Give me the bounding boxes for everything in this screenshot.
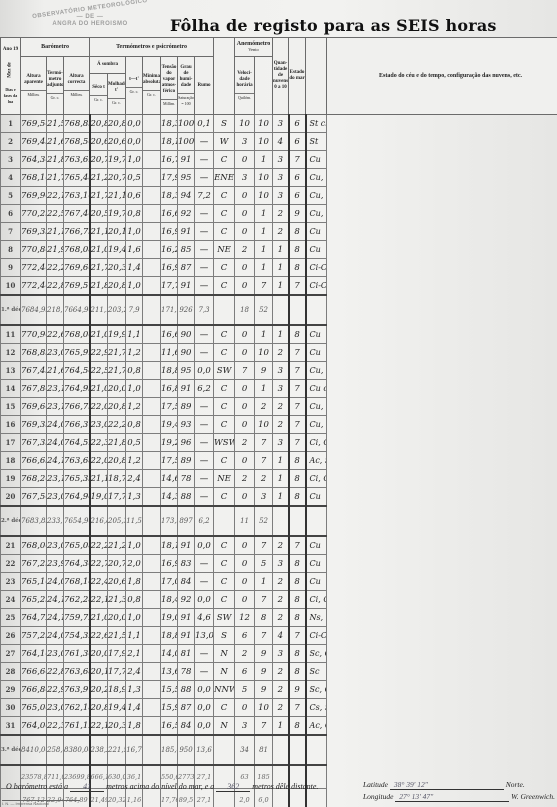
cell-termometro-adjunto: 21,5 [47, 115, 64, 133]
header-termometros: Termómetros e psicrómetro [90, 38, 214, 57]
header-altura-correcta-text: Altura correcta [68, 74, 86, 85]
cell-molhado: 20,3 [108, 259, 126, 277]
table-row: 11770,9022,6768,0021,019,91,116,690—C011… [1, 325, 557, 344]
cell-rumo: C [214, 277, 235, 296]
header-grau-humidade-text: Grau de humi-dade [180, 65, 193, 88]
header-t-diff-text: t—t' [129, 77, 139, 82]
cell-estado-ceu: Cu [306, 536, 327, 555]
cell-chuva: 0,0 [195, 591, 214, 609]
cell-chuva: 0,0 [195, 699, 214, 717]
cell-humidade: 78 [178, 663, 195, 681]
cell-t-diff: 1,8 [126, 573, 143, 591]
table-row: 20767,5023,0764,9419,017,71,314,388—C031… [1, 488, 557, 507]
cell-estado-mar: 1 [273, 470, 289, 488]
cell-visibilidade: 8 [289, 259, 306, 277]
cell-t-diff: 1,4 [126, 699, 143, 717]
longitude-label: Longitude [363, 792, 393, 801]
cell-altura-correcta: 767,46 [64, 205, 90, 223]
cell-day: 4 [1, 169, 21, 187]
cell-seco: 20,1 [90, 663, 108, 681]
cell-seco: 21,1 [90, 223, 108, 241]
cell-altura-aparente: 7684,95 [21, 295, 47, 325]
cell-estado-ceu: Ci, Cu [306, 470, 327, 488]
header-ano-mez: Ano 19 Mez de Dias e fases da lua [1, 38, 21, 115]
cell-estado-mar: 3 [273, 115, 289, 133]
cell-minima [143, 259, 161, 277]
unit-gr-c: Gr. c. [108, 98, 125, 106]
cell-termometro-adjunto: 23,0 [47, 488, 64, 507]
cell-day: 20 [1, 488, 21, 507]
cell-tensao: 14,3 [161, 488, 178, 507]
cell-termometro-adjunto: 21,9 [47, 241, 64, 259]
cell-humidade: 100 [178, 133, 195, 151]
cell-estado-mar: 1 [273, 452, 289, 470]
cell-day: 7 [1, 223, 21, 241]
cell-tensao: 17,0 [161, 573, 178, 591]
cell-nuvens: 7 [255, 536, 273, 555]
cell-visibilidade: 8 [289, 555, 306, 573]
cell-seco: 22,7 [90, 555, 108, 573]
cell-altura-correcta: 768,50 [64, 133, 90, 151]
cell-tensao: 14,0 [161, 645, 178, 663]
header-grau-humidade: Grau de humi-dadeSaturação = 100 [178, 57, 195, 115]
cell-chuva: 6,2 [195, 380, 214, 398]
cell-nuvens: 7 [255, 717, 273, 736]
unit-gr-c: Gr. c. [126, 87, 142, 95]
table-row: 30765,0023,0762,1820,819,41,415,9870,0C0… [1, 699, 557, 717]
register-table: Ano 19 Mez de Dias e fases da lua Baróme… [0, 37, 557, 807]
unit-gr-c: Gr. c. [47, 93, 63, 101]
unit-gr-c: Gr. c. [143, 90, 160, 98]
cell-nuvens: 5 [255, 555, 273, 573]
cell-molhado: 18,7 [108, 470, 126, 488]
cell-velocidade: 0 [235, 452, 255, 470]
header-minima-text: Mínima absoluta [143, 74, 161, 85]
cell-estado-ceu: Ci, Cu, St [306, 434, 327, 452]
cell-rumo: S [214, 115, 235, 133]
barometer-note: O barómetro está a 41 metros acima do ní… [6, 782, 318, 792]
cell-visibilidade [289, 295, 306, 325]
cell-velocidade: 0 [235, 259, 255, 277]
cell-velocidade: 0 [235, 380, 255, 398]
cell-estado-ceu: Ac, Cu, chuva fraca às 22h 30m [306, 717, 327, 736]
cell-t-diff: 1,1 [126, 627, 143, 645]
cell-rumo: C [214, 151, 235, 169]
cell-velocidade: 0 [235, 555, 255, 573]
cell-molhado: 18,9 [108, 681, 126, 699]
cell-humidade: 84 [178, 717, 195, 736]
cell-molhado: 21,5 [108, 627, 126, 645]
cell-rumo: C [214, 555, 235, 573]
cell-velocidade: 0 [235, 151, 255, 169]
cell-rumo [214, 295, 235, 325]
cell-visibilidade: 8 [289, 609, 306, 627]
cell-termometro-adjunto: 24,1 [47, 591, 64, 609]
page-title: Fôlha de registo para as SEIS horas [170, 16, 497, 35]
cell-nuvens: 7 [255, 434, 273, 452]
cell-humidade: 90 [178, 344, 195, 362]
cell-altura-aparente: 769,90 [21, 187, 47, 205]
cell-t-diff: 0,8 [126, 591, 143, 609]
cell-chuva: — [195, 259, 214, 277]
cell-minima [143, 416, 161, 434]
cell-estado-ceu: Cs, Sc, St — Chuvisco fraco de chuva às … [306, 699, 327, 717]
cell-altura-correcta: 764,54 [64, 362, 90, 380]
cell-day: 6 [1, 205, 21, 223]
unit-millim: Millim. [21, 90, 46, 98]
cell-estado-ceu: Cu, St [306, 416, 327, 434]
cell-altura-correcta: 762,18 [64, 699, 90, 717]
header-velocidade: Veloci-dade horáriaQuilóm. [235, 57, 255, 115]
cell-day: 10 [1, 277, 21, 296]
cell-estado-mar: 2 [273, 681, 289, 699]
cell-estado-mar: 1 [273, 488, 289, 507]
cell-rumo: C [214, 344, 235, 362]
latitude-value: 38° 39' 12" [390, 780, 504, 790]
cell-tensao: 16,8 [161, 380, 178, 398]
table-row: 16769,3524,0766,3723,022,20,819,493—C010… [1, 416, 557, 434]
cell-t-diff: 1,0 [126, 223, 143, 241]
cell-humidade: 81 [178, 645, 195, 663]
cell-chuva: 7,2 [195, 187, 214, 205]
cell-visibilidade: 7 [289, 344, 306, 362]
cell-t-diff: 1,2 [126, 398, 143, 416]
cell-altura-correcta: 764,59 [64, 434, 90, 452]
cell-humidade: 88 [178, 681, 195, 699]
cell-chuva: — [195, 241, 214, 259]
cell-seco: 22,5 [90, 362, 108, 380]
cell-estado-mar: 3 [273, 169, 289, 187]
cell-humidade: 84 [178, 573, 195, 591]
cell-altura-correcta: 759,72 [64, 609, 90, 627]
header-vento: Vento [235, 47, 272, 53]
table-row: 24765,2524,1762,2822,121,30,818,4920,0C0… [1, 591, 557, 609]
cell-t-diff: 1,2 [126, 344, 143, 362]
cell-estado-mar: 1 [273, 241, 289, 259]
cell-altura-correcta: 8380,06 [64, 735, 90, 765]
cell-day: 31 [1, 717, 21, 736]
cell-altura-aparente: 770,90 [21, 325, 47, 344]
cell-altura-aparente: 769,50 [21, 115, 47, 133]
cell-nuvens: 1 [255, 223, 273, 241]
cell-estado-ceu: Cu [306, 555, 327, 573]
cell-estado-ceu: Cu [306, 325, 327, 344]
cell-altura-aparente: 767,50 [21, 488, 47, 507]
cell-seco: 22,2 [90, 536, 108, 555]
cell-seco: 20,8 [90, 115, 108, 133]
cell-estado-ceu: Cu [306, 488, 327, 507]
cell-chuva: — [195, 151, 214, 169]
cell-altura-aparente: 766,65 [21, 452, 47, 470]
header-t-diff: t—t'Gr. c. [126, 57, 143, 115]
header-barometro: Barómetro [21, 38, 90, 57]
cell-estado-mar: 2 [273, 573, 289, 591]
cell-altura-correcta: 766,75 [64, 398, 90, 416]
cell-velocidade: 3 [235, 133, 255, 151]
cell-rumo: C [214, 452, 235, 470]
cell-seco: 20,5 [90, 205, 108, 223]
cell-minima [143, 591, 161, 609]
unit-millim: Millim. [64, 90, 89, 98]
cell-altura-aparente: 765,10 [21, 573, 47, 591]
cell-altura-correcta: 762,28 [64, 591, 90, 609]
header-altura-aparente: Altura aparenteMillim. [21, 57, 47, 115]
cell-altura-correcta: 764,94 [64, 488, 90, 507]
cell-altura-aparente: 765,00 [21, 699, 47, 717]
header-altura-aparente-text: Altura aparente [24, 74, 43, 85]
cell-altura-aparente: 772,40 [21, 259, 47, 277]
cell-seco: 20,2 [90, 681, 108, 699]
header-tensao-text: Tensão do vapor atmos-férico [162, 65, 177, 94]
cell-day: 21 [1, 536, 21, 555]
cell-altura-correcta: 769,57 [64, 277, 90, 296]
cell-chuva: — [195, 169, 214, 187]
cell-rumo: C [214, 536, 235, 555]
cell-seco: 22,6 [90, 627, 108, 645]
cell-velocidade: 0 [235, 699, 255, 717]
cell-estado-mar: 2 [273, 398, 289, 416]
cell-nuvens: 9 [255, 663, 273, 681]
cell-estado-ceu: Sc, Cu [306, 645, 327, 663]
cell-minima [143, 187, 161, 205]
cell-estado-ceu: Cu chuva moderada continuada de 1h às 2h [306, 380, 327, 398]
cell-t-diff: 1,0 [126, 151, 143, 169]
cell-visibilidade: 7 [289, 434, 306, 452]
cell-chuva: — [195, 645, 214, 663]
cell-minima [143, 151, 161, 169]
cell-molhado: 20,6 [108, 133, 126, 151]
cell-estado-mar: 3 [273, 362, 289, 380]
cell-altura-correcta: 763,68 [64, 452, 90, 470]
cell-chuva: — [195, 223, 214, 241]
cell-molhado: 20,8 [108, 115, 126, 133]
cell-chuva: — [195, 573, 214, 591]
cell-seco: 20,7 [90, 151, 108, 169]
cell-altura-correcta: 765,08 [64, 536, 90, 555]
cell-estado-mar: 2 [273, 416, 289, 434]
cell-t-diff: 1,3 [126, 681, 143, 699]
table-row: 18766,6524,1763,6822,020,81,217,589—C071… [1, 452, 557, 470]
cell-t-diff: 0,8 [126, 205, 143, 223]
cell-visibilidade: 8 [289, 241, 306, 259]
cell-termometro-adjunto: 21,1 [47, 223, 64, 241]
cell-altura-correcta: 761,12 [64, 717, 90, 736]
cell-nuvens: 10 [255, 344, 273, 362]
cell-termometro-adjunto: 22,3 [47, 717, 64, 736]
cell-humidade: 91 [178, 223, 195, 241]
cell-humidade: 95 [178, 169, 195, 187]
cell-altura-aparente: 764,10 [21, 645, 47, 663]
cell-rumo: N [214, 717, 235, 736]
header-chuva: Chuva das 18 horas véspera ás 6 horas [214, 38, 235, 115]
cell-molhado: 21,1 [108, 187, 126, 205]
cell-termometro-adjunto: 24,0 [47, 434, 64, 452]
observatory-stamp: OBSERVATÓRIO METEOROLÓGICO — DE — ANGRA … [30, 2, 150, 38]
cell-molhado: 205,3 [108, 506, 126, 536]
cell-velocidade: 2 [235, 434, 255, 452]
cell-minima [143, 506, 161, 536]
cell-estado-mar: 3 [273, 380, 289, 398]
cell-termometro-adjunto: 23,0 [47, 645, 64, 663]
cell-humidade: 100 [178, 115, 195, 133]
cell-velocidade: 0 [235, 277, 255, 296]
cell-day: 2.ª década [1, 506, 21, 536]
cell-estado-mar: 2 [273, 591, 289, 609]
cell-humidade: 92 [178, 205, 195, 223]
cell-humidade: 91 [178, 609, 195, 627]
cell-visibilidade: 8 [289, 488, 306, 507]
cell-rumo: C [214, 380, 235, 398]
header-estado-mar: Estado do mar [289, 38, 306, 115]
cell-day: 5 [1, 187, 21, 205]
cell-molhado: 20,8 [108, 452, 126, 470]
cell-tensao: 173,3 [161, 506, 178, 536]
cell-tensao: 18,8 [161, 362, 178, 380]
header-molhado: Molhado t'Gr. c. [108, 74, 126, 115]
cell-seco: 21,7 [90, 187, 108, 205]
cell-molhado: 21,2 [108, 536, 126, 555]
cell-humidade: 91 [178, 536, 195, 555]
cell-t-diff: 1,3 [126, 488, 143, 507]
cell-estado-ceu [306, 506, 327, 536]
cell-altura-aparente: 770,25 [21, 205, 47, 223]
cell-minima [143, 241, 161, 259]
cell-humidade: 96 [178, 434, 195, 452]
cell-rumo: C [214, 591, 235, 609]
cell-rumo: NNW [214, 681, 235, 699]
header-velocidade-text: Veloci-dade horária [236, 71, 252, 88]
register-sheet: OBSERVATÓRIO METEOROLÓGICO — DE — ANGRA … [0, 0, 557, 807]
cell-visibilidade: 7 [289, 699, 306, 717]
barometer-mid: metros acima do nível do mar, e a [106, 782, 214, 791]
cell-humidade: 91 [178, 277, 195, 296]
cell-t-diff: 0,5 [126, 169, 143, 187]
cell-termometro-adjunto: 218,6 [47, 295, 64, 325]
cell-visibilidade: 7 [289, 416, 306, 434]
cell-altura-aparente: 767,35 [21, 434, 47, 452]
cell-day: 30 [1, 699, 21, 717]
cell-tensao: 16,9 [161, 223, 178, 241]
header-minima: Mínima absolutaGr. c. [143, 57, 161, 115]
cell-humidade: 926 [178, 295, 195, 325]
cell-humidade: 85 [178, 241, 195, 259]
cell-visibilidade: 8 [289, 591, 306, 609]
cell-visibilidade: 6 [289, 133, 306, 151]
table-row: 25764,7224,1759,7221,020,01,019,0914,6SW… [1, 609, 557, 627]
cell-estado-mar: 2 [273, 344, 289, 362]
cell-seco: 21,0 [90, 609, 108, 627]
cell-estado-ceu: Cu [306, 241, 327, 259]
cell-tensao: 16,2 [161, 241, 178, 259]
cell-humidade: 89 [178, 452, 195, 470]
cell-nuvens: 10 [255, 169, 273, 187]
cell-rumo: S [214, 627, 235, 645]
cell-humidade: 91 [178, 151, 195, 169]
latitude-direction: Norte. [506, 780, 525, 789]
cell-visibilidade: 7 [289, 362, 306, 380]
cell-estado-mar: 3 [273, 645, 289, 663]
cell-altura-aparente: 769,35 [21, 223, 47, 241]
cell-day: 29 [1, 681, 21, 699]
cell-altura-aparente: 757,25 [21, 627, 47, 645]
cell-tensao: 17,5 [161, 452, 178, 470]
cell-estado-ceu: Cu, St [306, 205, 327, 223]
cell-seco: 21,1 [90, 470, 108, 488]
cell-visibilidade: 6 [289, 169, 306, 187]
cell-altura-correcta: 769,60 [64, 259, 90, 277]
cell-t-diff: 1,0 [126, 277, 143, 296]
header-termometro-adjunto: Termó-metro adjuntoGr. c. [47, 57, 64, 115]
cell-termometro-adjunto: 24,1 [47, 609, 64, 627]
table-row: 23765,1024,0768,1422,420,61,817,084—C012… [1, 573, 557, 591]
cell-molhado: 20,6 [108, 573, 126, 591]
cell-visibilidade: 7 [289, 627, 306, 645]
cell-rumo: C [214, 325, 235, 344]
cell-altura-aparente: 766,80 [21, 681, 47, 699]
cell-termometro-adjunto: 21,6 [47, 362, 64, 380]
cell-termometro-adjunto: 23,9 [47, 555, 64, 573]
cell-velocidade: 34 [235, 735, 255, 765]
cell-seco: 20,6 [90, 133, 108, 151]
header-tensao: Tensão do vapor atmos-féricoMillim. [161, 57, 178, 115]
cell-altura-aparente: 769,60 [21, 398, 47, 416]
cell-nuvens: 52 [255, 295, 273, 325]
cell-termometro-adjunto: 21,7 [47, 169, 64, 187]
cell-minima [143, 169, 161, 187]
cell-altura-correcta: 768,08 [64, 241, 90, 259]
cell-chuva: — [195, 344, 214, 362]
cell-rumo: C [214, 573, 235, 591]
cell-tensao: 171,9 [161, 295, 178, 325]
cell-day: 28 [1, 663, 21, 681]
cell-altura-aparente: 769,45 [21, 133, 47, 151]
cell-molhado: 19,4 [108, 241, 126, 259]
cell-estado-ceu: Cu, St [306, 362, 327, 380]
cell-velocidade: 0 [235, 398, 255, 416]
cell-altura-aparente: 772,40 [21, 277, 47, 296]
cell-estado-mar [273, 506, 289, 536]
cell-t-diff: 2,4 [126, 663, 143, 681]
cell-altura-aparente: 8410,00 [21, 735, 47, 765]
table-row: 15769,6023,1766,7522,020,81,217,589—C022… [1, 398, 557, 416]
cell-tensao: 17,9 [161, 169, 178, 187]
cell-estado-mar: 2 [273, 699, 289, 717]
cell-t-diff: 1,8 [126, 717, 143, 736]
cell-estado-ceu: Ci-Cu, Cu [306, 277, 327, 296]
cell-estado-ceu: Ns, Cu chuva cessou às 5h 25m [306, 609, 327, 627]
cell-molhado: 20,7 [108, 555, 126, 573]
cell-chuva: 0,0 [195, 362, 214, 380]
cell-termometro-adjunto: 21,8 [47, 151, 64, 169]
cell-tensao: 16,9 [161, 555, 178, 573]
cell-molhado: 19,9 [108, 325, 126, 344]
cell-estado-mar: 3 [273, 151, 289, 169]
cell-minima [143, 325, 161, 344]
cell-velocidade: 18 [235, 295, 255, 325]
cell-molhado: 17,7 [108, 488, 126, 507]
cell-molhado: 22,2 [108, 416, 126, 434]
cell-humidade: 93 [178, 416, 195, 434]
cell-chuva: — [195, 416, 214, 434]
cell-visibilidade: 7 [289, 151, 306, 169]
cell-t-diff: 1,0 [126, 380, 143, 398]
cell-chuva: — [195, 205, 214, 223]
table-row: 2769,4521,6768,5020,620,60,018,1100—W310… [1, 133, 557, 151]
cell-molhado: 21,8 [108, 434, 126, 452]
cell-visibilidade: 8 [289, 325, 306, 344]
cell-rumo: SW [214, 362, 235, 380]
cell-termometro-adjunto: 233,6 [47, 506, 64, 536]
